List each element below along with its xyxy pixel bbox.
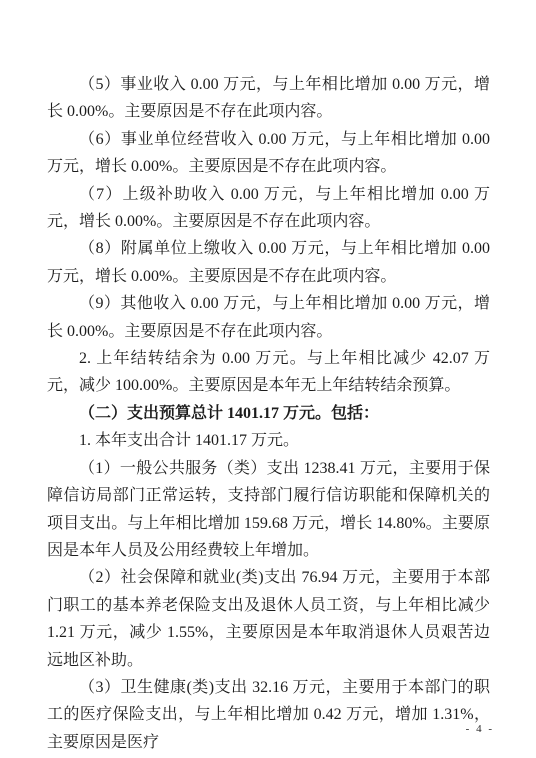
paragraph-item5-business-income: （5）事业收入 0.00 万元，与上年相比增加 0.00 万元，增长 0.00%… (47, 71, 490, 126)
section-heading-expenditure-budget-total: （二）支出预算总计 1401.17 万元。包括： (47, 400, 490, 427)
paragraph-item1-general-public-services: （1）一般公共服务（类）支出 1238.41 万元，主要用于保障信访局部门正常运… (47, 455, 490, 565)
document-body: （5）事业收入 0.00 万元，与上年相比增加 0.00 万元，增长 0.00%… (47, 71, 490, 756)
paragraph-carryover-balance: 2. 上年结转结余为 0.00 万元。与上年相比减少 42.07 万元，减少 1… (47, 345, 490, 400)
paragraph-item6-operating-income: （6）事业单位经营收入 0.00 万元，与上年相比增加 0.00 万元，增长 0… (47, 126, 490, 181)
paragraph-item3-health: （3）卫生健康(类)支出 32.16 万元，主要用于本部门的职工的医疗保险支出，… (47, 674, 490, 756)
paragraph-item9-other-income: （9）其他收入 0.00 万元，与上年相比增加 0.00 万元，增长 0.00%… (47, 290, 490, 345)
paragraph-item7-superior-subsidy-income: （7）上级补助收入 0.00 万元，与上年相比增加 0.00 万元，增长 0.0… (47, 181, 490, 236)
page-number: - 4 - (466, 723, 494, 735)
paragraph-item2-social-security-employment: （2）社会保障和就业(类)支出 76.94 万元，主要用于本部门职工的基本养老保… (47, 564, 490, 674)
document-page: （5）事业收入 0.00 万元，与上年相比增加 0.00 万元，增长 0.00%… (0, 0, 536, 758)
paragraph-current-year-expenditure-total: 1. 本年支出合计 1401.17 万元。 (47, 427, 490, 454)
paragraph-item8-affiliated-unit-income: （8）附属单位上缴收入 0.00 万元，与上年相比增加 0.00 万元，增长 0… (47, 235, 490, 290)
